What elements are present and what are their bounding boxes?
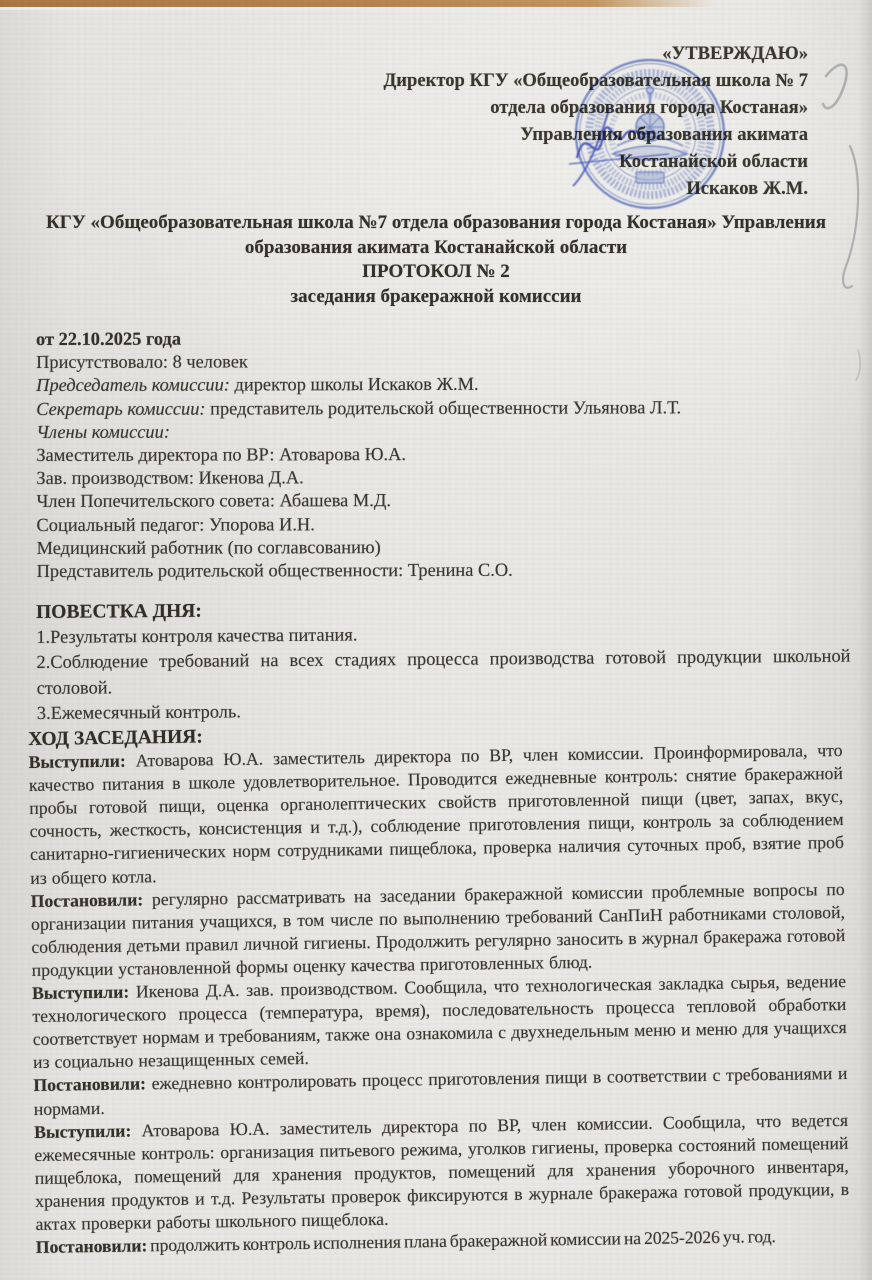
secretary-line: Секретарь комиссии: представитель родите… <box>36 395 850 420</box>
member-line: Заместитель директора по ВР: Атоварова Ю… <box>36 442 850 467</box>
member-line: Представитель родительской общественност… <box>37 558 851 583</box>
members-label: Члены комиссии: <box>36 419 850 444</box>
organization-name-line: образования акимата Костанайской области <box>40 236 832 261</box>
paragraph-text: регулярно рассматривать на заседании бра… <box>31 879 846 980</box>
member-line: Медицинский работник (по соглавсованию) <box>37 535 851 560</box>
paragraph-text: Атоварова Ю.А. заместитель директора по … <box>29 740 844 888</box>
chairman-value: директор школы Искаков Ж.М. <box>230 374 479 395</box>
document-title: КГУ «Общеобразовательная школа №7 отдела… <box>40 211 832 309</box>
protocol-number: ПРОТОКОЛ № 2 <box>40 260 832 285</box>
paper-top-highlight <box>0 7 628 10</box>
scanned-protocol-document: «УТВЕРЖДАЮ» Директор КГУ «Общеобразовате… <box>0 0 872 1280</box>
paragraph-lead: Постановили: <box>33 1074 146 1096</box>
paragraph-text: Атоварова Ю.А. заместитель директора по … <box>34 1110 849 1234</box>
protocol-subtitle: заседания бракеражной комиссии <box>40 285 832 310</box>
paragraph-lead: Постановили: <box>31 889 144 911</box>
member-line: Зав. производством: Икенова Д.А. <box>36 465 850 490</box>
proceedings-section: ХОД ЗАСЕДАНИЯ: Выступили: Атоварова Ю.А.… <box>28 716 850 1259</box>
protocol-date: от 22.10.2025 года <box>36 326 850 351</box>
organization-name-line: КГУ «Общеобразовательная школа №7 отдела… <box>40 211 832 236</box>
chairman-line: Председатель комиссии: директор школы Ис… <box>36 372 850 397</box>
paragraph-lead: Выступили: <box>32 982 129 1003</box>
member-line: Социальный педагог: Упорова И.Н. <box>36 511 850 536</box>
member-line: Член Попечительского совета: Абашева М.Д… <box>36 488 850 513</box>
secretary-label: Секретарь комиссии: <box>36 398 205 418</box>
speech-paragraph: Выступили: Икенова Д.А. зав. производств… <box>32 970 847 1074</box>
paragraph-lead: Выступили: <box>28 751 125 772</box>
paragraph-text: Икенова Д.А. зав. производством. Сообщил… <box>32 971 847 1072</box>
agenda-item: 2.Соблюдение требований на всех стадиях … <box>36 644 850 701</box>
attendance-count: Присутствовало: 8 человек <box>36 349 850 374</box>
agenda-section: ПОВЕСТКА ДНЯ: 1.Результаты контроля каче… <box>36 594 851 726</box>
speech-paragraph: Выступили: Атоварова Ю.А. заместитель ди… <box>34 1109 850 1237</box>
meta-block: от 22.10.2025 года Присутствовало: 8 чел… <box>36 326 851 583</box>
paragraph-lead: Выступили: <box>34 1120 131 1141</box>
desk-edge-strip <box>0 0 872 7</box>
speech-paragraph: Выступили: Атоварова Ю.А. заместитель ди… <box>28 739 844 890</box>
official-round-seal-icon <box>553 50 749 226</box>
paragraph-lead: Постановили: <box>36 1236 148 1258</box>
secretary-value: представитель родительской общественност… <box>205 397 681 418</box>
resolution-paragraph: Постановили: регулярно рассматривать на … <box>31 878 846 982</box>
chairman-label: Председатель комиссии: <box>36 375 230 396</box>
